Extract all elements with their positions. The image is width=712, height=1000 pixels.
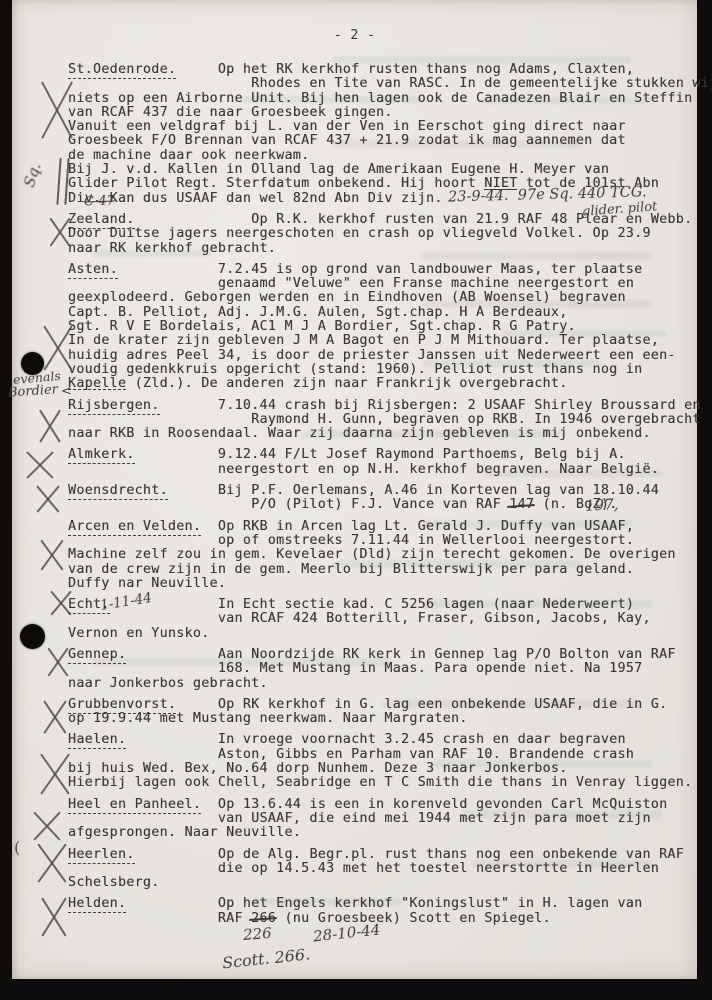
punch-hole [20, 624, 45, 649]
section-arcen-en-velden: Arcen en Velden. Op RKB in Arcen lag Lt.… [68, 520, 708, 591]
section-echt: Echt. In Echt sectie kad. C 5256 lagen (… [68, 598, 708, 641]
typed-text: Aan Noordzijde RK kerk in Gennep lag P/O… [126, 647, 675, 662]
typed-line: Capt. B. Pelliot, Adj. J.M.G. Aulen, Sgt… [68, 306, 708, 320]
typed-text: 9.12.44 F/Lt Josef Raymond Parthoems, Be… [135, 447, 626, 462]
typed-line: Arcen en Velden. Op RKB in Arcen lag Lt.… [68, 520, 708, 534]
typed-line: van USAAF, die eind mei 1944 met zijn pa… [68, 812, 708, 826]
handwriting-197: 197, [585, 495, 619, 515]
section-helden: Helden. Op het Engels kerkhof "Koningslu… [68, 897, 708, 926]
typed-line: Grubbenvorst. Op RK kerkhof in G. lag ee… [68, 698, 708, 712]
typed-text: Op het RK kerkhof rusten thans nog Adams… [176, 62, 634, 77]
typed-line: geexplodeerd. Geborgen werden en in Eind… [68, 291, 708, 305]
x-mark [27, 452, 53, 478]
typed-line: Haelen. In vroege voornacht 3.2.45 crash… [68, 733, 708, 747]
typed-line: van RCAF 437 die naar Groesbeek gingen. [68, 106, 708, 120]
typed-text: 7.10.44 crash bij Rijsbergen: 2 USAAF Sh… [160, 398, 701, 413]
typed-text: 7.2.45 is op grond van landbouwer Maas, … [118, 262, 643, 277]
typed-line: Groesbeek F/O Brennan van RCAF 437 + 21.… [68, 134, 708, 148]
typed-text: Op RK kerkhof in G. lag een onbekende US… [176, 697, 667, 712]
section-rijsbergen: Rijsbergen. 7.10.44 crash bij Rijsbergen… [68, 399, 708, 442]
typed-line: Rhodes en Tite van RASC. In de gemeentel… [68, 77, 708, 91]
typed-line: St.Oedenrode. Op het RK kerkhof rusten t… [68, 63, 708, 77]
typed-line: Raymond H. Gunn, begraven op RKB. In 194… [68, 413, 708, 427]
typed-line: neergestort en op N.H. kerkhof begraven.… [68, 463, 708, 477]
x-mark [38, 844, 66, 882]
typed-text: Op de Alg. Begr.pl. rust thans nog een o… [135, 847, 684, 862]
typed-line: Door Duitse jagers neergeschoten en cras… [68, 227, 708, 241]
paren-pencil-mark: ( [14, 838, 20, 857]
typed-line: huidig adres Peel 34, is door de prieste… [68, 349, 708, 363]
x-mark [42, 82, 72, 138]
typed-line: Hierbij lagen ook Chell, Seabridge en T … [68, 776, 708, 790]
x-mark [44, 326, 72, 370]
section-gennep: Gennep. Aan Noordzijde RK kerk in Gennep… [68, 648, 708, 691]
typed-line: Sgt. R V E Bordelais, AC1 M J A Bordier,… [68, 320, 708, 334]
section-heerlen: Heerlen. Op de Alg. Begr.pl. rust thans … [68, 848, 708, 891]
scanned-document-page: - 2 - St.Oedenrode. Op het RK kerkhof ru… [0, 0, 712, 1000]
typed-line: bij huis Wed. Bex, No.64 dorp Nunhem. De… [68, 762, 708, 776]
typed-line: naar RKB in Roosendaal. Waar zij daarna … [68, 427, 708, 441]
x-mark [51, 591, 71, 615]
handwriting-bordier-arrow: < [61, 384, 72, 399]
typed-text: Op 13.6.44 is een in korenveld gevonden … [201, 797, 667, 812]
typed-line: niets op een Airborne Unit. Bij hen lage… [68, 92, 708, 106]
typed-line: afgesprongen. Naar Neuville. [68, 826, 708, 840]
typed-line: Vanuit een veldgraf bij L. van der Ven i… [68, 120, 708, 134]
x-mark [42, 898, 66, 936]
typed-line: 168. Met Mustang in Maas. Para opende ni… [68, 662, 708, 676]
section-zeeland: Zeeland. Op R.K. kerkhof rusten van 21.9… [68, 213, 708, 256]
typed-line: naar Jonkerbos gebracht. [68, 677, 708, 691]
section-heel-en-panheel: Heel en Panheel. Op 13.6.44 is een in ko… [68, 798, 708, 841]
typed-line: Almkerk. 9.12.44 F/Lt Josef Raymond Part… [68, 448, 708, 462]
typed-line: Heel en Panheel. Op 13.6.44 is een in ko… [68, 798, 708, 812]
typed-line: Aston, Gibbs en Parham van RAF 10. Brand… [68, 748, 708, 762]
x-mark [50, 218, 70, 246]
x-mark [44, 701, 66, 733]
typed-line: Asten. 7.2.45 is op grond van landbouwer… [68, 263, 708, 277]
typed-line: Schelsberg. [68, 876, 708, 890]
typed-line: op of omstreeks 7.11.44 in Wellerlooi ne… [68, 534, 708, 548]
punch-hole [21, 352, 44, 375]
typed-line: Rijsbergen. 7.10.44 crash bij Rijsbergen… [68, 399, 708, 413]
underline-mark-kapelle [68, 389, 126, 390]
typed-text: Op RKB in Arcen lag Lt. Gerald J. Duffy … [201, 519, 634, 534]
typed-text: In Echt sectie kad. C 5256 lagen (naar N… [110, 597, 635, 612]
x-mark [34, 812, 60, 840]
typed-line: In de krater zijn gebleven J M A Bagot e… [68, 334, 708, 348]
section-haelen: Haelen. In vroege voornacht 3.2.45 crash… [68, 733, 708, 790]
x-mark [48, 648, 68, 676]
x-mark [41, 754, 69, 794]
typed-line: Bij J. v.d. Kallen in Olland lag de Amer… [68, 163, 708, 177]
typed-text: Op het Engels kerkhof "Koningslust" in H… [126, 896, 642, 911]
handwriting-c47-struck: C-47 [84, 193, 115, 209]
typed-line: Echt. In Echt sectie kad. C 5256 lagen (… [68, 598, 708, 612]
section-grubbenvorst: Grubbenvorst. Op RK kerkhof in G. lag ee… [68, 698, 708, 727]
typed-line: Machine zelf zou in gem. Kevelaer (Dld) … [68, 548, 708, 562]
typed-line: Heerlen. Op de Alg. Begr.pl. rust thans … [68, 848, 708, 862]
typed-line: van de crew zijn in de gem. Meerlo bij B… [68, 563, 708, 577]
x-mark [41, 540, 63, 570]
x-mark [40, 410, 60, 442]
typed-line: Gennep. Aan Noordzijde RK kerk in Gennep… [68, 648, 708, 662]
typed-line: genaamd "Veluwe" een Franse machine neer… [68, 277, 708, 291]
typed-line: de machine daar ook neerkwam. [68, 149, 708, 163]
typed-line: van RCAF 424 Botterill, Fraser, Gibson, … [68, 612, 708, 626]
section-asten: Asten. 7.2.45 is op grond van landbouwer… [68, 263, 708, 392]
section-almkerk: Almkerk. 9.12.44 F/Lt Josef Raymond Part… [68, 448, 708, 477]
typed-line: Helden. Op het Engels kerkhof "Koningslu… [68, 897, 708, 911]
paper-sheet: - 2 - St.Oedenrode. Op het RK kerkhof ru… [12, 0, 697, 979]
typed-text: Bij P.F. Oerlemans, A.46 in Korteven lag… [168, 483, 659, 498]
handwriting-226: 226 [242, 924, 272, 944]
typed-line: op 19.9.44 met Mustang neerkwam. Naar Ma… [68, 712, 708, 726]
typed-line: die op 14.5.43 met het toestel neerstort… [68, 862, 708, 876]
typed-line: Kapelle (Zld.). De anderen zijn naar Fra… [68, 377, 708, 391]
typed-line: Vernon en Yunsko. [68, 627, 708, 641]
x-mark [37, 486, 59, 512]
typed-line: RAF 266 (nu Groesbeek) Scott en Spiegel. [68, 912, 708, 926]
typed-line: Duffy nar Neuville. [68, 577, 708, 591]
typed-line: voudig gedenkkruis opgericht (stand: 196… [68, 363, 708, 377]
typed-text: In vroege voornacht 3.2.45 crash en daar… [126, 732, 626, 747]
typed-line: naar RK kerkhof gebracht. [68, 242, 708, 256]
page-number: - 2 - [12, 28, 697, 43]
